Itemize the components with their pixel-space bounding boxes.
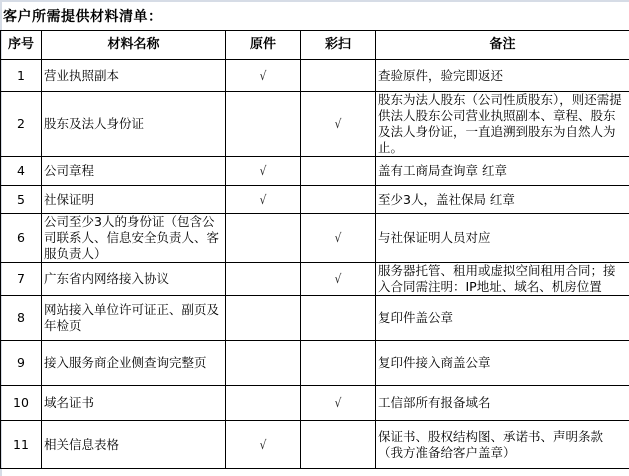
cell-original[interactable]	[226, 296, 301, 341]
cell-no[interactable]: 10	[1, 386, 42, 421]
cell-note[interactable]: 复印件盖公章	[376, 296, 629, 341]
document-title: 客户所需提供材料清单：	[3, 6, 163, 26]
cell-name[interactable]: 公司至少3人的身份证（包含公司联系人、信息安全负责人、客服负责人）	[42, 214, 226, 263]
column-header-name: 材料名称	[42, 31, 226, 60]
cell-name[interactable]: 社保证明	[42, 186, 226, 214]
cell-no[interactable]: 6	[1, 214, 42, 263]
cell-original[interactable]	[226, 263, 301, 296]
table-row: 8 网站接入单位许可证正、副页及年检页 复印件盖公章	[1, 296, 629, 341]
table-row: 4 公司章程 √ 盖有工商局查询章 红章	[1, 157, 629, 186]
cell-name[interactable]: 股东及法人身份证	[42, 92, 226, 157]
cell-color-scan[interactable]	[301, 60, 376, 92]
cell-note[interactable]: 复印件接入商盖公章	[376, 341, 629, 386]
cell-color-scan[interactable]: √	[301, 214, 376, 263]
cell-color-scan[interactable]	[301, 186, 376, 214]
cell-name[interactable]: 接入服务商企业侧查询完整页	[42, 341, 226, 386]
cell-note[interactable]: 至少3人，盖社保局 红章	[376, 186, 629, 214]
cell-no[interactable]: 11	[1, 421, 42, 469]
cell-note[interactable]: 查验原件，验完即返还	[376, 60, 629, 92]
column-header-color-scan: 彩扫	[301, 31, 376, 60]
column-header-no: 序号	[1, 31, 42, 60]
cell-note[interactable]: 股东为法人股东（公司性质股东），则还需提供法人股东公司营业执照副本、章程、股东及…	[376, 92, 629, 157]
cell-original[interactable]: √	[226, 157, 301, 186]
checkmark-icon: √	[335, 230, 342, 246]
checkmark-icon: √	[335, 395, 342, 411]
cell-color-scan[interactable]	[301, 341, 376, 386]
cell-no[interactable]: 4	[1, 157, 42, 186]
cell-name[interactable]: 网站接入单位许可证正、副页及年检页	[42, 296, 226, 341]
column-header-original: 原件	[226, 31, 301, 60]
cell-note[interactable]: 工信部所有报备域名	[376, 386, 629, 421]
cell-note[interactable]: 保证书、股权结构图、承诺书、声明条款（我方准备给客户盖章）	[376, 421, 629, 469]
checkmark-icon: √	[260, 192, 267, 208]
cell-color-scan[interactable]: √	[301, 386, 376, 421]
cell-original[interactable]: √	[226, 186, 301, 214]
table-row: 7 广东省内网络接入协议 √ 服务器托管、租用或虚拟空间租用合同；接入合同需注明…	[1, 263, 629, 296]
cell-no[interactable]: 2	[1, 92, 42, 157]
cell-color-scan[interactable]	[301, 296, 376, 341]
cell-original[interactable]	[226, 92, 301, 157]
checkmark-icon: √	[260, 163, 267, 179]
cell-original[interactable]	[226, 386, 301, 421]
table-row: 1 营业执照副本 √ 查验原件，验完即返还	[1, 60, 629, 92]
cell-no[interactable]: 9	[1, 341, 42, 386]
checkmark-icon: √	[260, 68, 267, 84]
table-row: 6 公司至少3人的身份证（包含公司联系人、信息安全负责人、客服负责人） √ 与社…	[1, 214, 629, 263]
cell-original[interactable]	[226, 214, 301, 263]
table-row: 10 域名证书 √ 工信部所有报备域名	[1, 386, 629, 421]
checkmark-icon: √	[335, 271, 342, 287]
cell-no[interactable]: 1	[1, 60, 42, 92]
cell-original[interactable]: √	[226, 421, 301, 469]
cell-no[interactable]: 7	[1, 263, 42, 296]
table-row: 9 接入服务商企业侧查询完整页 复印件接入商盖公章	[1, 341, 629, 386]
table-row: 11 相关信息表格 √ 保证书、股权结构图、承诺书、声明条款（我方准备给客户盖章…	[1, 421, 629, 469]
cell-name[interactable]: 营业执照副本	[42, 60, 226, 92]
cell-note[interactable]: 与社保证明人员对应	[376, 214, 629, 263]
checkmark-icon: √	[260, 437, 267, 453]
cell-name[interactable]: 域名证书	[42, 386, 226, 421]
column-header-note: 备注	[376, 31, 629, 60]
cell-color-scan[interactable]	[301, 157, 376, 186]
table-row: 5 社保证明 √ 至少3人，盖社保局 红章	[1, 186, 629, 214]
header-row: 序号 材料名称 原件 彩扫 备注	[1, 31, 629, 60]
cell-name[interactable]: 公司章程	[42, 157, 226, 186]
cell-no[interactable]: 8	[1, 296, 42, 341]
cell-color-scan[interactable]	[301, 421, 376, 469]
checkmark-icon: √	[335, 116, 342, 132]
cell-note[interactable]: 服务器托管、租用或虚拟空间租用合同；接入合同需注明：IP地址、域名、机房位置	[376, 263, 629, 296]
materials-table: 序号 材料名称 原件 彩扫 备注 1 营业执照副本 √ 查验原件，验完即返还 2…	[0, 30, 629, 469]
cell-name[interactable]: 相关信息表格	[42, 421, 226, 469]
cell-original[interactable]	[226, 341, 301, 386]
cell-color-scan[interactable]: √	[301, 263, 376, 296]
table-row: 2 股东及法人身份证 √ 股东为法人股东（公司性质股东），则还需提供法人股东公司…	[1, 92, 629, 157]
cell-name[interactable]: 广东省内网络接入协议	[42, 263, 226, 296]
cell-original[interactable]: √	[226, 60, 301, 92]
cell-no[interactable]: 5	[1, 186, 42, 214]
cell-color-scan[interactable]: √	[301, 92, 376, 157]
cell-note[interactable]: 盖有工商局查询章 红章	[376, 157, 629, 186]
